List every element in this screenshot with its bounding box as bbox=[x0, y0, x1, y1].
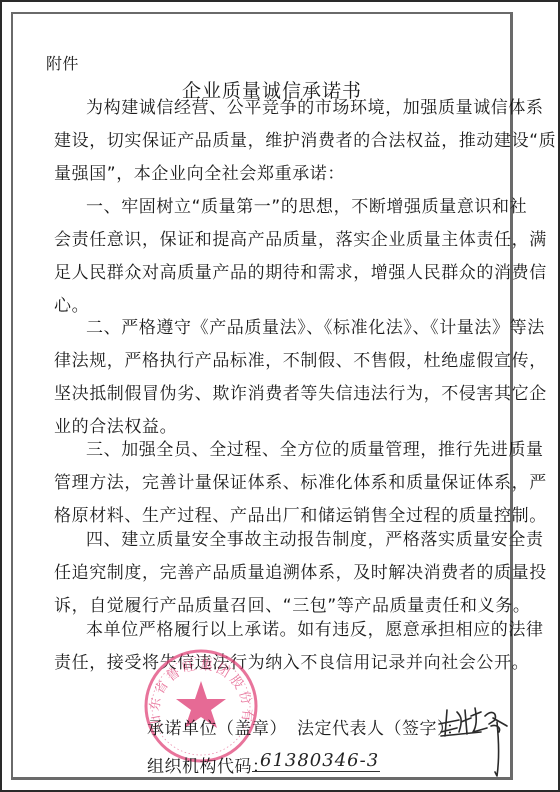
item-line: 律法规，严格执行产品标准，不制假、不售假，杜绝虚假宣传， bbox=[54, 345, 484, 378]
closing-paragraph: 本单位严格履行以上承诺。如有违反，愿意承担相应的法律 责任，接受将失信违法行为纳… bbox=[54, 614, 484, 680]
item-line: 坚决抵制假冒伪劣、欺诈消费者等失信违法行为，不侵害其它企 bbox=[54, 378, 484, 411]
seal-label: 承诺单位（盖章） bbox=[147, 714, 287, 739]
attachment-label: 附件 bbox=[46, 54, 79, 73]
item-line: 二、严格遵守《产品质量法》、《标准化法》、《计量法》等法 bbox=[54, 312, 484, 345]
legal-representative-label: 法定代表人（签字）： bbox=[297, 714, 464, 739]
closing-line: 本单位严格履行以上承诺。如有违反，愿意承担相应的法律 bbox=[54, 614, 484, 647]
org-code-value: 61380346-3 bbox=[252, 750, 380, 772]
item-line: 一、牢固树立“质量第一”的思想，不断增强质量意识和社 bbox=[54, 191, 484, 224]
commitment-item-4: 四、建立质量安全事故主动报告制度，严格落实质量安全责 任追究制度，完善产品质量追… bbox=[54, 524, 484, 623]
intro-line: 建设，切实保证产品质量，维护消费者的合法权益，推动建设“质 bbox=[54, 125, 484, 158]
closing-line: 责任，接受将失信违法行为纳入不良信用记录并向社会公开。 bbox=[54, 647, 484, 680]
item-line: 会责任意识，保证和提高产品质量，落实企业质量主体责任，满 bbox=[54, 224, 484, 257]
item-line: 三、加强全员、全过程、全方位的质量管理，推行先进质量 bbox=[54, 434, 484, 467]
intro-line: 为构建诚信经营、公平竞争的市场环境，加强质量诚信体系 bbox=[54, 92, 484, 125]
commitment-item-1: 一、牢固树立“质量第一”的思想，不断增强质量意识和社 会责任意识，保证和提高产品… bbox=[54, 191, 484, 323]
commitment-item-2: 二、严格遵守《产品质量法》、《标准化法》、《计量法》等法 律法规，严格执行产品标… bbox=[54, 312, 484, 444]
item-line: 管理方法，完善计量保证体系、标准化体系和质量保证体系，严 bbox=[54, 467, 484, 500]
intro-paragraph: 为构建诚信经营、公平竞争的市场环境，加强质量诚信体系 建设，切实保证产品质量，维… bbox=[54, 92, 484, 191]
item-line: 足人民群众对高质量产品的期待和需求，增强人民群众的消费信 bbox=[54, 257, 484, 290]
item-line: 任追究制度，完善产品质量追溯体系，及时解决消费者的质量投 bbox=[54, 557, 484, 590]
commitment-item-3: 三、加强全员、全过程、全方位的质量管理，推行先进质量 管理方法，完善计量保证体系… bbox=[54, 434, 484, 533]
item-line: 四、建立质量安全事故主动报告制度，严格落实质量安全责 bbox=[54, 524, 484, 557]
intro-line: 量强国”，本企业向全社会郑重承诺： bbox=[54, 158, 484, 191]
